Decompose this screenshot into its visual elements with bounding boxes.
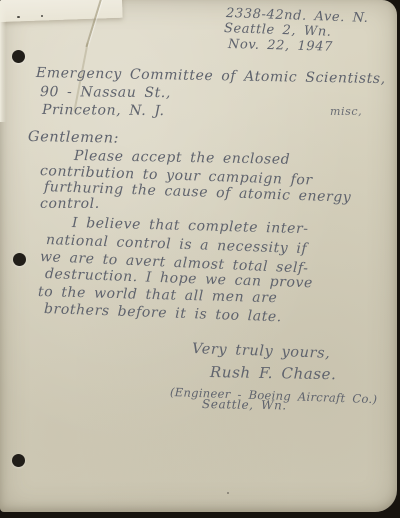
signature: Rush F. Chase. bbox=[210, 363, 337, 383]
recipient-line-3: Princeton, N. J. bbox=[42, 102, 165, 119]
letter-paper: 2338-42nd. Ave. N. Seattle 2, Wn. Nov. 2… bbox=[0, 0, 397, 512]
paper-speck bbox=[227, 492, 229, 494]
paper-speck bbox=[17, 16, 20, 18]
paper-fold-highlight bbox=[0, 0, 123, 22]
letter-date: Nov. 22, 1947 bbox=[228, 37, 333, 55]
archival-annotation: misc, bbox=[330, 105, 362, 118]
paper-speck bbox=[41, 15, 43, 17]
valediction: Very truly yours, bbox=[192, 341, 331, 362]
body-p1-line-4: control. bbox=[40, 196, 100, 212]
punch-hole bbox=[12, 454, 25, 467]
signer-location: Seattle, Wn. bbox=[202, 397, 287, 412]
punch-hole bbox=[12, 50, 25, 63]
paper-edge-highlight bbox=[0, 0, 6, 122]
punch-hole bbox=[13, 253, 26, 266]
salutation: Gentlemen: bbox=[28, 129, 119, 147]
recipient-line-2: 90 - Nassau St., bbox=[40, 84, 171, 101]
scanned-letter-screenshot: { "letter": { "sender": { "address_line1… bbox=[0, 0, 400, 518]
